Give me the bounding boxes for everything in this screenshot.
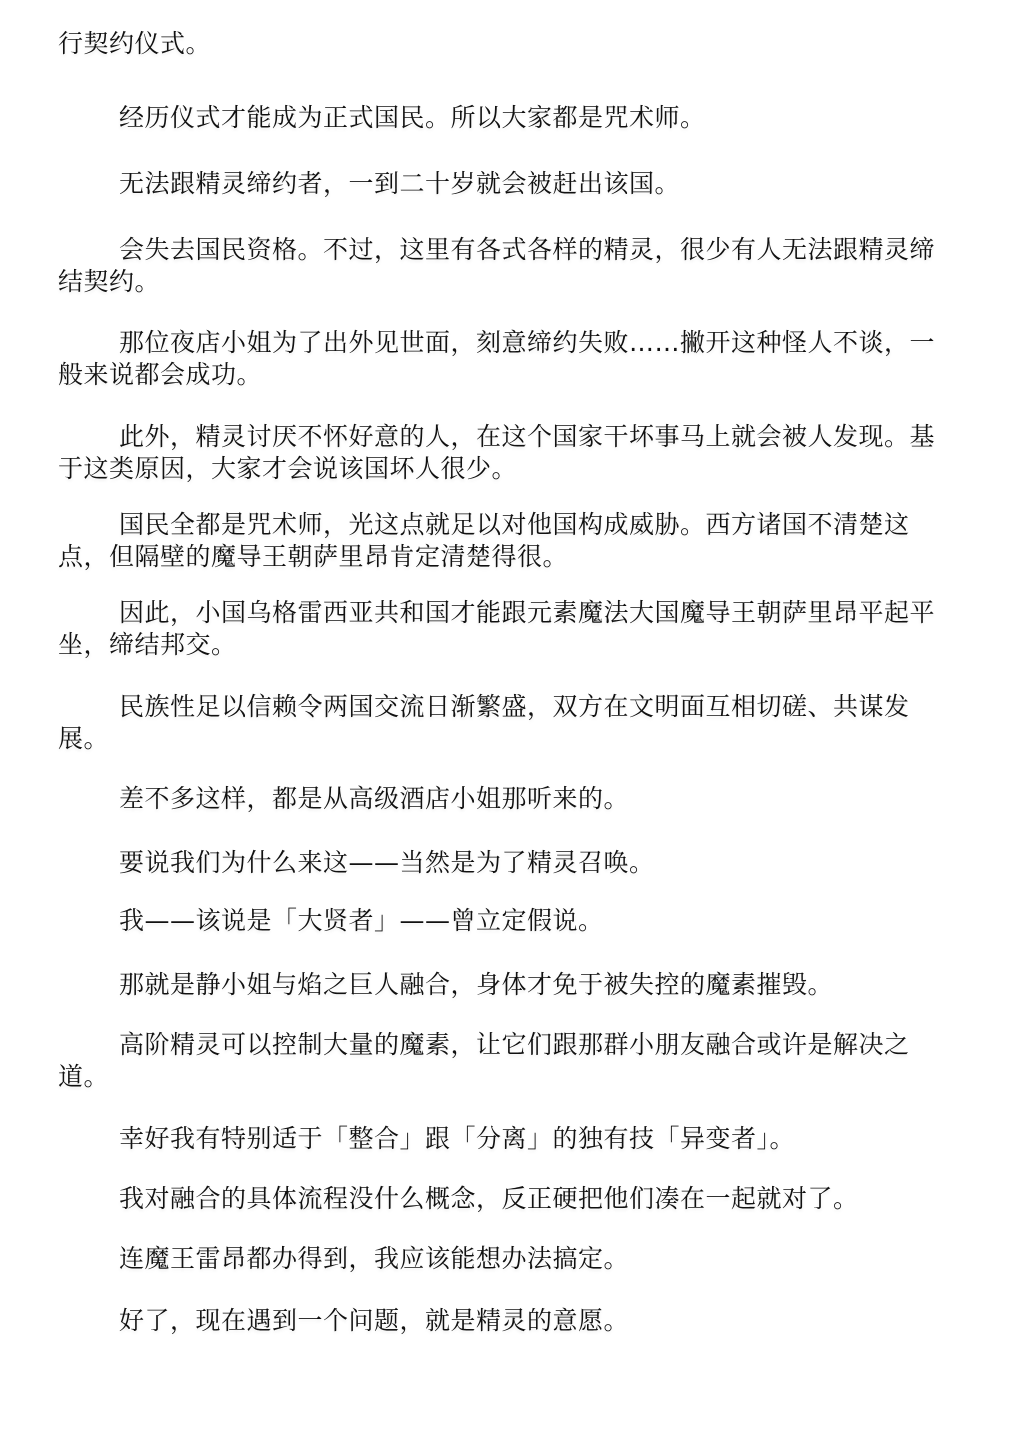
paragraph-14: 高阶精灵可以控制大量的魔素，让它们跟那群小朋友融合或许是解决之道。 xyxy=(58,1029,948,1093)
paragraph-18: 好了，现在遇到一个问题，就是精灵的意愿。 xyxy=(58,1305,948,1337)
paragraph-8: 因此，小国乌格雷西亚共和国才能跟元素魔法大国魔导王朝萨里昂平起平坐，缔结邦交。 xyxy=(58,597,948,661)
paragraph-5: 那位夜店小姐为了出外见世面，刻意缔约失败……撇开这种怪人不谈，一般来说都会成功。 xyxy=(58,327,948,391)
paragraph-4: 会失去国民资格。不过，这里有各式各样的精灵，很少有人无法跟精灵缔结契约。 xyxy=(58,234,948,298)
paragraph-16: 我对融合的具体流程没什么概念，反正硬把他们凑在一起就对了。 xyxy=(58,1183,948,1215)
paragraph-17: 连魔王雷昂都办得到，我应该能想办法搞定。 xyxy=(58,1243,948,1275)
paragraph-2: 经历仪式才能成为正式国民。所以大家都是咒术师。 xyxy=(58,102,948,134)
paragraph-3: 无法跟精灵缔约者，一到二十岁就会被赶出该国。 xyxy=(58,168,948,200)
paragraph-7: 国民全都是咒术师，光这点就足以对他国构成威胁。西方诸国不清楚这点，但隔壁的魔导王… xyxy=(58,509,948,573)
paragraph-15: 幸好我有特别适于「整合」跟「分离」的独有技「异变者」。 xyxy=(58,1123,948,1155)
paragraph-1: 行契约仪式。 xyxy=(58,28,948,60)
paragraph-6: 此外，精灵讨厌不怀好意的人，在这个国家干坏事马上就会被人发现。基于这类原因，大家… xyxy=(58,421,948,485)
paragraph-13: 那就是静小姐与焰之巨人融合，身体才免于被失控的魔素摧毁。 xyxy=(58,969,948,1001)
paragraph-12: 我——该说是「大贤者」——曾立定假说。 xyxy=(58,905,948,937)
paragraph-11: 要说我们为什么来这——当然是为了精灵召唤。 xyxy=(58,847,948,879)
paragraph-10: 差不多这样，都是从高级酒店小姐那听来的。 xyxy=(58,783,948,815)
document-page: 行契约仪式。 经历仪式才能成为正式国民。所以大家都是咒术师。 无法跟精灵缔约者，… xyxy=(0,0,1017,1437)
paragraph-9: 民族性足以信赖令两国交流日渐繁盛，双方在文明面互相切磋、共谋发展。 xyxy=(58,691,948,755)
